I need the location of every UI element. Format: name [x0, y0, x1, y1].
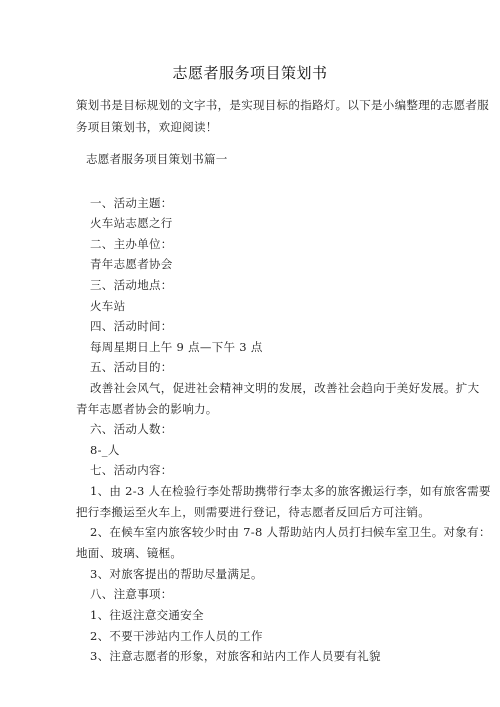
heading-purpose: 五、活动目的： — [90, 359, 173, 375]
content-item-1-line-1: 1、由 2-3 人在检验行李处帮助携带行李太多的旅客搬运行李，如有旅客需要 — [90, 483, 491, 499]
heading-organizer: 二、主办单位： — [90, 236, 173, 252]
content-item-2-line-2: 地面、玻璃、镜框。 — [76, 545, 182, 561]
purpose-line-2: 青年志愿者协会的影响力。 — [76, 401, 218, 417]
content-item-2-line-1: 2、在候车室内旅客较少时由 7-8 人帮助站内人员打扫候车室卫生。对象有： — [90, 524, 491, 540]
content-item-1-line-2: 把行李搬运至火车上，则需要进行登记，待志愿者反回后方可注销。 — [76, 504, 430, 520]
heading-location: 三、活动地点： — [90, 277, 173, 293]
heading-theme: 一、活动主题： — [90, 195, 173, 211]
purpose-line-1: 改善社会风气，促进社会精神文明的发展，改善社会趋向于美好发展。扩大 — [90, 380, 479, 396]
heading-time: 四、活动时间： — [90, 318, 173, 334]
note-item-2: 2、不要干涉站内工作人员的工作 — [90, 628, 263, 644]
section-heading: 志愿者服务项目策划书篇一 — [86, 151, 228, 167]
heading-notes: 八、注意事项： — [90, 586, 173, 602]
intro-line-2: 务项目策划书，欢迎阅读！ — [76, 119, 218, 135]
organizer-value: 青年志愿者协会 — [90, 256, 173, 272]
time-value: 每周星期日上午 9 点—下午 3 点 — [90, 339, 263, 355]
note-item-1: 1、往返注意交通安全 — [90, 607, 204, 623]
headcount-value: 8-_人 — [90, 442, 120, 458]
theme-value: 火车站志愿之行 — [90, 215, 173, 231]
heading-headcount: 六、活动人数： — [90, 421, 173, 437]
heading-content: 七、活动内容： — [90, 462, 173, 478]
intro-line-1: 策划书是目标规划的文字书，是实现目标的指路灯。以下是小编整理的志愿者服 — [76, 97, 489, 113]
location-value: 火车站 — [90, 298, 125, 314]
note-item-3: 3、注意志愿者的形象，对旅客和站内工作人员要有礼貌 — [90, 648, 381, 664]
content-item-3: 3、对旅客提出的帮助尽量满足。 — [90, 566, 263, 582]
document-title: 志愿者服务项目策划书 — [0, 62, 500, 83]
